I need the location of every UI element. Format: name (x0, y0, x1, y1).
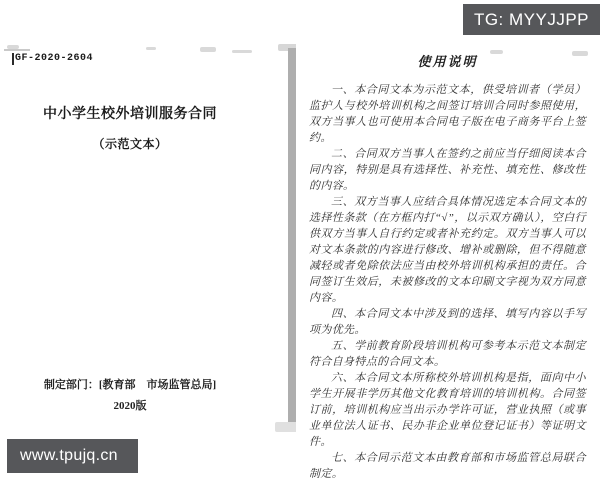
usage-paragraph: 二、合同双方当事人在签约之前应当仔细阅读本合同内容，特别是具有选择性、补充性、填… (309, 146, 586, 194)
usage-paragraph: 五、学前教育阶段培训机构可参考本示范文本制定符合自身特点的合同文本。 (309, 338, 586, 370)
page-edge-line (4, 49, 30, 51)
page-divider-cap-bottom (275, 422, 298, 432)
cover-page: GF-2020-2604 中小学生校外培训服务合同 （示范文本） 制定部门：[教… (10, 49, 287, 429)
usage-paragraph: 六、本合同文本所称校外培训机构是指，面向中小学生开展非学历其他文化教育培训的培训… (309, 370, 586, 450)
scan-smudge (572, 51, 588, 56)
usage-paragraph: 四、本合同文本中涉及到的选择、填写内容以手写项为优先。 (309, 306, 586, 338)
usage-paragraph: 七、本合同示范文本由教育部和市场监管总局联合制定。 (309, 450, 586, 480)
scan-bracket-artifact (12, 53, 14, 65)
scan-smudge (146, 47, 156, 50)
instructions-body: 一、本合同文本为示范文本，供受培训者（学员）监护人与校外培训机构之间签订培训合同… (309, 82, 586, 480)
telegram-tag-text: TG: MYYJJPP (474, 10, 589, 30)
instructions-page: 使用说明 一、本合同文本为示范文本，供受培训者（学员）监护人与校外培训机构之间签… (296, 40, 600, 432)
scan-smudge (200, 47, 216, 52)
scan-smudge (232, 50, 252, 53)
scan-smudge (490, 50, 503, 54)
website-watermark-text: www.tpujq.cn (20, 447, 118, 465)
contract-title: 中小学生校外培训服务合同 (10, 103, 250, 123)
usage-paragraph: 三、双方当事人应结合具体情况选定本合同文本的选择性条款（在方框内打“√”，以示双… (309, 194, 586, 306)
contract-subtitle: （示范文本） (10, 135, 250, 152)
usage-paragraph: 一、本合同文本为示范文本，供受培训者（学员）监护人与校外培训机构之间签订培训合同… (309, 82, 586, 146)
website-watermark: www.tpujq.cn (7, 439, 138, 473)
page-divider (288, 48, 296, 425)
telegram-tag-watermark: TG: MYYJJPP (463, 4, 600, 35)
scanned-contract-document: GF-2020-2604 中小学生校外培训服务合同 （示范文本） 制定部门：[教… (0, 0, 600, 480)
scan-smudge (7, 45, 19, 49)
cover-content: 中小学生校外培训服务合同 （示范文本） 制定部门：[教育部 市场监管总局] 20… (10, 49, 250, 429)
instructions-heading: 使用说明 (309, 51, 586, 70)
edition-year: 2020版 (10, 397, 250, 413)
issuing-departments: 制定部门：[教育部 市场监管总局] (10, 376, 250, 392)
